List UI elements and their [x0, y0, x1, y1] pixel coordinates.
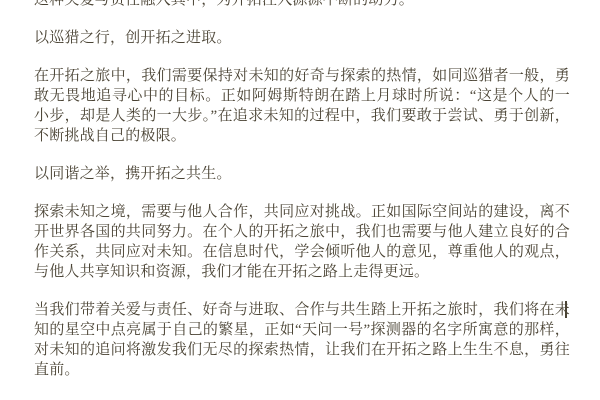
paragraph-hunt-motto: 以巡猎之行，创开拓之进取。 — [34, 28, 570, 48]
text-cursor[interactable] — [565, 301, 567, 318]
paragraph-conclusion: 当我们带着关爱与责任、好奇与进取、合作与共生踏上开拓之旅时，我们将在未知的星空中… — [34, 300, 570, 380]
paragraph-clipped-top: 这种关爱与责任融入其中，为开拓注入源源不断的动力。 — [34, 0, 570, 10]
paragraph-curiosity: 在开拓之旅中，我们需要保持对未知的好奇与探索的热情，如同巡猎者一般，勇敢无畏地追… — [34, 66, 570, 146]
paragraph-harmony-motto: 以同谐之举，携开拓之共生。 — [34, 164, 570, 184]
document-text-area[interactable]: 这种关爱与责任融入其中，为开拓注入源源不断的动力。 以巡猎之行，创开拓之进取。 … — [34, 0, 570, 398]
paragraph-cooperation: 探索未知之境，需要与他人合作，共同应对挑战。正如国际空间站的建设，离不开世界各国… — [34, 202, 570, 282]
